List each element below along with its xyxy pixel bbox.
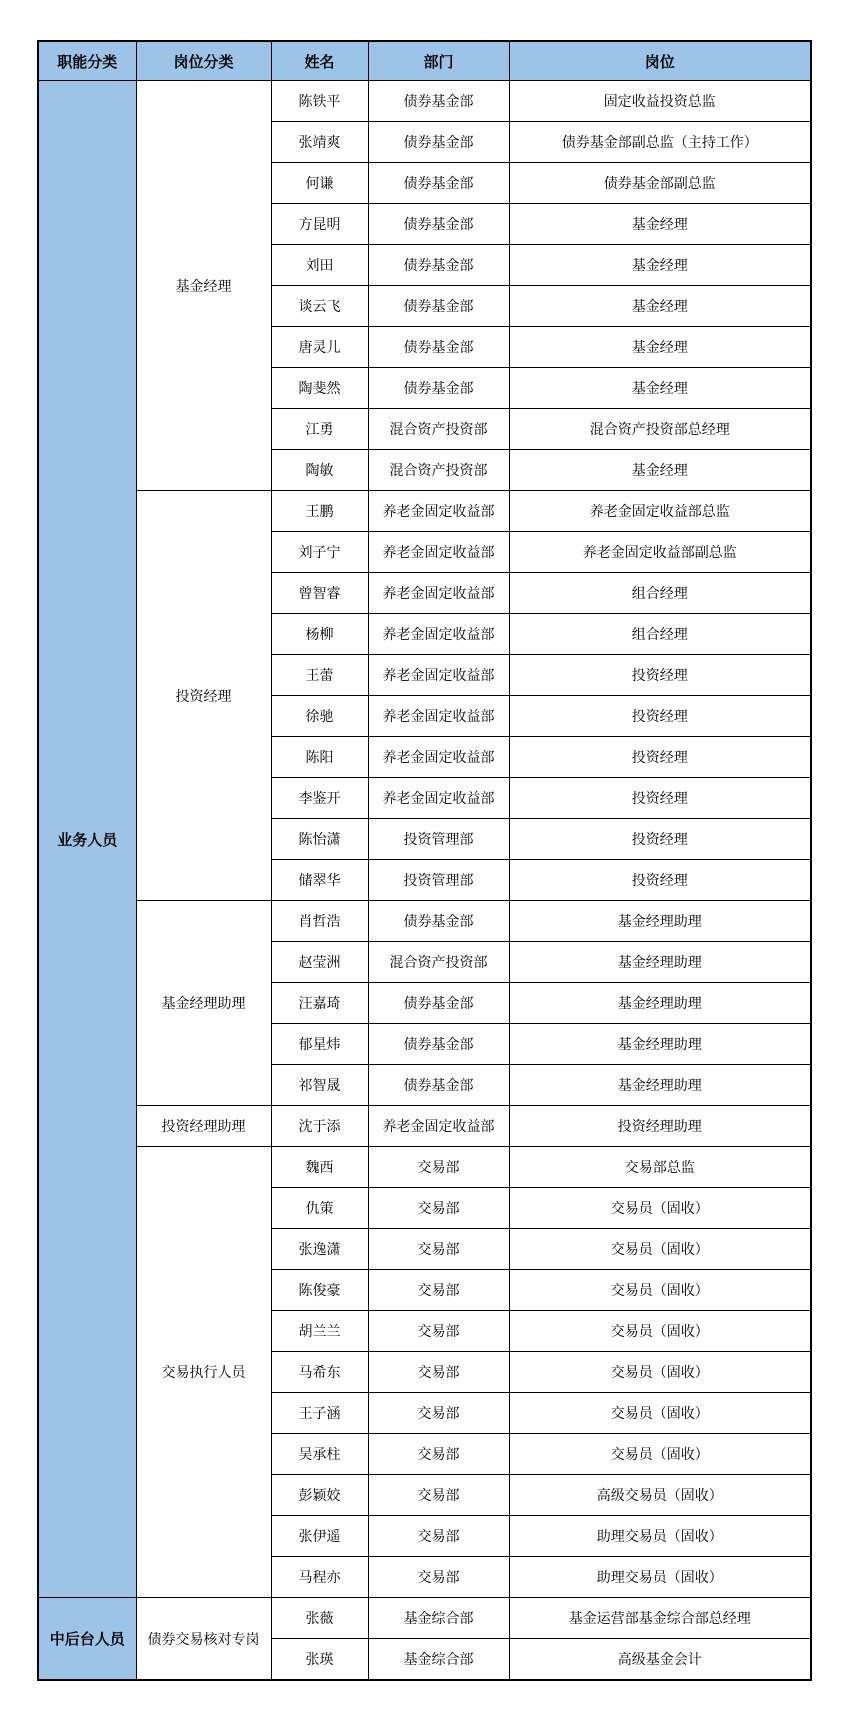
department-cell: 养老金固定收益部 (368, 696, 509, 737)
table-row: 投资经理助理沈于添养老金固定收益部投资经理助理 (38, 1106, 811, 1147)
name-cell: 魏西 (271, 1147, 368, 1188)
department-cell: 混合资产投资部 (368, 409, 509, 450)
header-function-category: 职能分类 (38, 41, 136, 81)
department-cell: 交易部 (368, 1270, 509, 1311)
position-cell: 基金经理助理 (509, 901, 811, 942)
position-cell: 投资经理助理 (509, 1106, 811, 1147)
position-cell: 混合资产投资部总经理 (509, 409, 811, 450)
department-cell: 混合资产投资部 (368, 450, 509, 491)
position-cell: 基金经理 (509, 327, 811, 368)
name-cell: 马希东 (271, 1352, 368, 1393)
position-cell: 基金经理 (509, 245, 811, 286)
position-cell: 基金经理 (509, 368, 811, 409)
department-cell: 交易部 (368, 1393, 509, 1434)
name-cell: 杨柳 (271, 614, 368, 655)
position-cell: 基金经理 (509, 204, 811, 245)
name-cell: 李鉴开 (271, 778, 368, 819)
function-group-cell: 中后台人员 (38, 1598, 136, 1681)
position-cell: 高级交易员（固收） (509, 1475, 811, 1516)
name-cell: 陈俊豪 (271, 1270, 368, 1311)
header-department: 部门 (368, 41, 509, 81)
name-cell: 赵莹洲 (271, 942, 368, 983)
department-cell: 交易部 (368, 1516, 509, 1557)
position-cell: 固定收益投资总监 (509, 81, 811, 122)
position-cell: 助理交易员（固收） (509, 1516, 811, 1557)
department-cell: 投资管理部 (368, 860, 509, 901)
position-cell: 基金经理助理 (509, 983, 811, 1024)
name-cell: 张靖爽 (271, 122, 368, 163)
position-cell: 交易部总监 (509, 1147, 811, 1188)
name-cell: 王蕾 (271, 655, 368, 696)
name-cell: 陈阳 (271, 737, 368, 778)
department-cell: 基金综合部 (368, 1598, 509, 1639)
department-cell: 债券基金部 (368, 245, 509, 286)
name-cell: 曾智睿 (271, 573, 368, 614)
position-group-cell: 基金经理 (136, 81, 271, 491)
department-cell: 交易部 (368, 1311, 509, 1352)
department-cell: 债券基金部 (368, 204, 509, 245)
department-cell: 养老金固定收益部 (368, 614, 509, 655)
name-cell: 吴承柱 (271, 1434, 368, 1475)
department-cell: 债券基金部 (368, 368, 509, 409)
table-row: 基金经理助理肖哲浩债券基金部基金经理助理 (38, 901, 811, 942)
department-cell: 债券基金部 (368, 1065, 509, 1106)
table-body: 业务人员基金经理陈铁平债券基金部固定收益投资总监张靖爽债券基金部债券基金部副总监… (38, 81, 811, 1681)
name-cell: 唐灵儿 (271, 327, 368, 368)
position-cell: 交易员（固收） (509, 1311, 811, 1352)
name-cell: 沈于添 (271, 1106, 368, 1147)
position-cell: 交易员（固收） (509, 1229, 811, 1270)
name-cell: 储翠华 (271, 860, 368, 901)
name-cell: 陶敏 (271, 450, 368, 491)
position-cell: 高级基金会计 (509, 1639, 811, 1681)
department-cell: 交易部 (368, 1557, 509, 1598)
position-cell: 债券基金部副总监 (509, 163, 811, 204)
page: 职能分类 岗位分类 姓名 部门 岗位 业务人员基金经理陈铁平债券基金部固定收益投… (0, 0, 847, 1721)
name-cell: 何谦 (271, 163, 368, 204)
position-cell: 助理交易员（固收） (509, 1557, 811, 1598)
name-cell: 张伊遥 (271, 1516, 368, 1557)
org-structure-table: 职能分类 岗位分类 姓名 部门 岗位 业务人员基金经理陈铁平债券基金部固定收益投… (37, 40, 812, 1681)
name-cell: 胡兰兰 (271, 1311, 368, 1352)
table-row: 中后台人员债券交易核对专岗张薇基金综合部基金运营部基金综合部总经理 (38, 1598, 811, 1639)
table-row: 交易执行人员魏西交易部交易部总监 (38, 1147, 811, 1188)
header-position-category: 岗位分类 (136, 41, 271, 81)
name-cell: 肖哲浩 (271, 901, 368, 942)
department-cell: 基金综合部 (368, 1639, 509, 1681)
department-cell: 养老金固定收益部 (368, 573, 509, 614)
table-row: 投资经理王鹏养老金固定收益部养老金固定收益部总监 (38, 491, 811, 532)
header-position: 岗位 (509, 41, 811, 81)
department-cell: 交易部 (368, 1475, 509, 1516)
position-cell: 基金经理 (509, 450, 811, 491)
header-row: 职能分类 岗位分类 姓名 部门 岗位 (38, 41, 811, 81)
position-cell: 投资经理 (509, 778, 811, 819)
name-cell: 徐驰 (271, 696, 368, 737)
position-cell: 基金经理助理 (509, 942, 811, 983)
department-cell: 养老金固定收益部 (368, 491, 509, 532)
name-cell: 陈怡潇 (271, 819, 368, 860)
name-cell: 张薇 (271, 1598, 368, 1639)
position-cell: 交易员（固收） (509, 1434, 811, 1475)
department-cell: 养老金固定收益部 (368, 737, 509, 778)
name-cell: 张逸潇 (271, 1229, 368, 1270)
position-cell: 交易员（固收） (509, 1270, 811, 1311)
department-cell: 交易部 (368, 1188, 509, 1229)
name-cell: 方昆明 (271, 204, 368, 245)
department-cell: 养老金固定收益部 (368, 655, 509, 696)
position-cell: 投资经理 (509, 737, 811, 778)
position-cell: 债券基金部副总监（主持工作） (509, 122, 811, 163)
department-cell: 养老金固定收益部 (368, 1106, 509, 1147)
department-cell: 养老金固定收益部 (368, 532, 509, 573)
name-cell: 刘子宁 (271, 532, 368, 573)
name-cell: 王鹏 (271, 491, 368, 532)
department-cell: 债券基金部 (368, 983, 509, 1024)
position-cell: 组合经理 (509, 573, 811, 614)
position-group-cell: 投资经理助理 (136, 1106, 271, 1147)
position-cell: 投资经理 (509, 819, 811, 860)
name-cell: 张瑛 (271, 1639, 368, 1681)
name-cell: 郁星炜 (271, 1024, 368, 1065)
position-cell: 基金经理 (509, 286, 811, 327)
department-cell: 交易部 (368, 1147, 509, 1188)
position-cell: 基金经理助理 (509, 1024, 811, 1065)
position-cell: 投资经理 (509, 860, 811, 901)
position-cell: 养老金固定收益部副总监 (509, 532, 811, 573)
name-cell: 祁智晟 (271, 1065, 368, 1106)
table-header: 职能分类 岗位分类 姓名 部门 岗位 (38, 41, 811, 81)
name-cell: 陶斐然 (271, 368, 368, 409)
department-cell: 债券基金部 (368, 1024, 509, 1065)
department-cell: 交易部 (368, 1352, 509, 1393)
name-cell: 王子涵 (271, 1393, 368, 1434)
department-cell: 交易部 (368, 1434, 509, 1475)
position-cell: 基金经理助理 (509, 1065, 811, 1106)
name-cell: 刘田 (271, 245, 368, 286)
name-cell: 彭颖姣 (271, 1475, 368, 1516)
name-cell: 江勇 (271, 409, 368, 450)
position-cell: 组合经理 (509, 614, 811, 655)
name-cell: 马程亦 (271, 1557, 368, 1598)
position-group-cell: 投资经理 (136, 491, 271, 901)
position-cell: 基金运营部基金综合部总经理 (509, 1598, 811, 1639)
department-cell: 债券基金部 (368, 81, 509, 122)
position-cell: 交易员（固收） (509, 1352, 811, 1393)
department-cell: 债券基金部 (368, 327, 509, 368)
position-group-cell: 债券交易核对专岗 (136, 1598, 271, 1681)
position-cell: 投资经理 (509, 655, 811, 696)
name-cell: 陈铁平 (271, 81, 368, 122)
position-cell: 交易员（固收） (509, 1188, 811, 1229)
position-cell: 交易员（固收） (509, 1393, 811, 1434)
position-group-cell: 交易执行人员 (136, 1147, 271, 1598)
department-cell: 混合资产投资部 (368, 942, 509, 983)
department-cell: 投资管理部 (368, 819, 509, 860)
position-group-cell: 基金经理助理 (136, 901, 271, 1106)
header-name: 姓名 (271, 41, 368, 81)
department-cell: 债券基金部 (368, 286, 509, 327)
name-cell: 谈云飞 (271, 286, 368, 327)
department-cell: 债券基金部 (368, 163, 509, 204)
department-cell: 债券基金部 (368, 901, 509, 942)
name-cell: 汪嘉琦 (271, 983, 368, 1024)
department-cell: 养老金固定收益部 (368, 778, 509, 819)
department-cell: 交易部 (368, 1229, 509, 1270)
position-cell: 养老金固定收益部总监 (509, 491, 811, 532)
department-cell: 债券基金部 (368, 122, 509, 163)
table-row: 业务人员基金经理陈铁平债券基金部固定收益投资总监 (38, 81, 811, 122)
function-group-cell: 业务人员 (38, 81, 136, 1598)
position-cell: 投资经理 (509, 696, 811, 737)
name-cell: 仇策 (271, 1188, 368, 1229)
